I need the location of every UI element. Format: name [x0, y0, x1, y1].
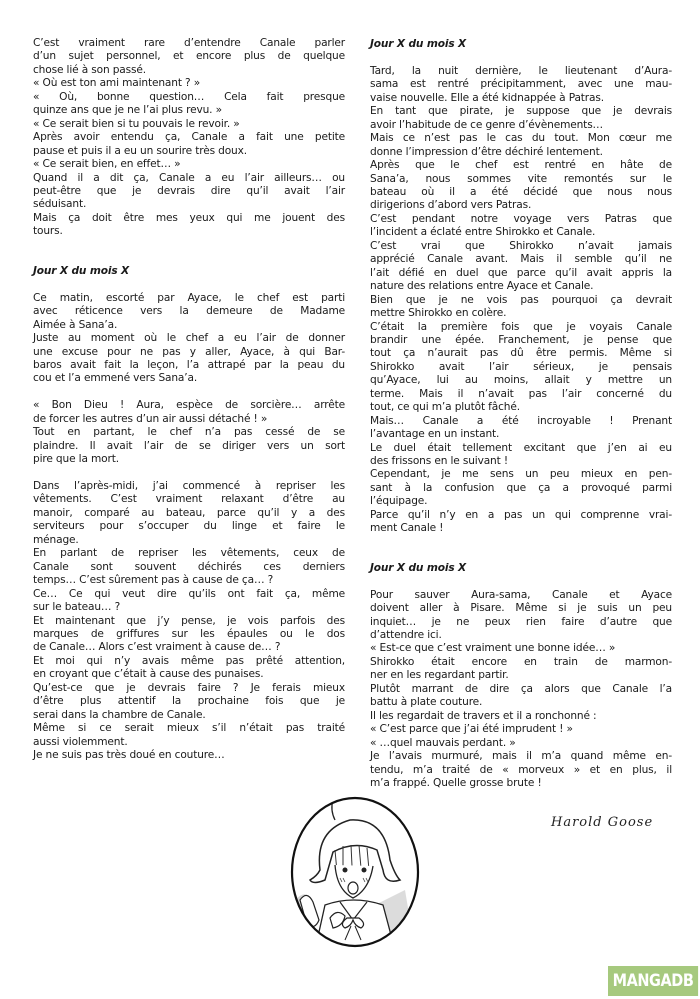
text-line: « …quel mauvais perdant. »: [370, 737, 672, 750]
text-line: terme. Mais il n’avait pas l’air concern…: [370, 388, 672, 401]
text-line: Je l’avais murmuré, mais il m’a quand mê…: [370, 750, 672, 763]
text-line: tout ça n’aurait pas dû être permis. Mêm…: [370, 347, 672, 360]
text-line: avoir l’habitude de ce genre d’évènement…: [370, 119, 672, 132]
entry-heading: Jour X du mois X: [33, 265, 345, 278]
text-line: battu à plate couture.: [370, 696, 672, 709]
text-line: Je ne suis pas très doué en couture…: [33, 749, 345, 762]
text-line: Après avoir entendu ça, Canale a fait un…: [33, 131, 345, 144]
text-line: C’est vraiment rare d’entendre Canale pa…: [33, 37, 345, 50]
text-line: Mais ce n’est pas le cas du tout. Mon cœ…: [370, 132, 672, 145]
text-line: pause et puis il a eu un sourire très do…: [33, 145, 345, 158]
text-line: tendu, m’a traité de « morveux » et en p…: [370, 764, 672, 777]
text-line: tours.: [33, 225, 345, 238]
text-line: dirigerions d’abord vers Patras.: [370, 199, 672, 212]
text-line: apprécié Canale avant. Mais il semble qu…: [370, 253, 672, 266]
text-line: « Où, bonne question… Cela fait presque: [33, 91, 345, 104]
text-line: manoir, comparé au bateau, parce qu’il y…: [33, 507, 345, 520]
text-line: mettre Shirokko en colère.: [370, 307, 672, 320]
text-line: nature des relations entre Ayace et Cana…: [370, 280, 672, 293]
text-line: bateau où il a été décidé que nous nous: [370, 186, 672, 199]
text-line: vaise nouvelle. Elle a été kidnappée à P…: [370, 92, 672, 105]
entry-2-paragraph: Pour sauver Aura-sama, Canale et Ayacedo…: [370, 589, 672, 791]
text-line: Qu’est-ce que je devrais faire ? Je fera…: [33, 682, 345, 695]
watermark-logo: MANGADB: [608, 966, 698, 996]
text-line: Shirokko avait l’air sérieux, je pensais: [370, 361, 672, 374]
text-line: donne l’impression d’être déchiré lentem…: [370, 146, 672, 159]
text-line: ménage.: [33, 534, 345, 547]
text-line: marques de griffures sur les épaules ou …: [33, 628, 345, 641]
text-line: Le duel était tellement excitant que j’e…: [370, 442, 672, 455]
text-line: Dans l’après-midi, j’ai commencé à repri…: [33, 480, 345, 493]
text-line: avec réticence vers la demeure de Madame: [33, 305, 345, 318]
text-line: baros avait fait la leçon, l’a attrapé p…: [33, 359, 345, 372]
text-line: l’incident a éclaté entre Shirokko et Ca…: [370, 226, 672, 239]
text-line: Plutôt marrant de dire ça alors que Cana…: [370, 683, 672, 696]
text-line: d’être plus attentif la prochaine fois q…: [33, 695, 345, 708]
text-line: Bien que je ne vois pas pourquoi ça devr…: [370, 294, 672, 307]
text-line: sur le bateau… ?: [33, 601, 345, 614]
text-line: pire que la mort.: [33, 453, 345, 466]
text-line: qu’Ayace, lui au moins, allait y mettre …: [370, 374, 672, 387]
text-line: « Ce serait bien si tu pouvais le revoir…: [33, 118, 345, 131]
text-line: Shirokko était encore en train de marmon…: [370, 656, 672, 669]
text-line: doivent aller à Pisare. Même si je suis …: [370, 602, 672, 615]
text-line: Parce qu’il n’y en a pas un qui comprenn…: [370, 509, 672, 522]
intro-paragraph: C’est vraiment rare d’entendre Canale pa…: [33, 37, 345, 239]
text-line: « Bon Dieu ! Aura, espèce de sorcière… a…: [33, 399, 345, 412]
text-line: Cependant, je me sens un peu mieux en pe…: [370, 468, 672, 481]
text-line: en croyant que c’était à cause des punai…: [33, 668, 345, 681]
entry-paragraph-1: Ce matin, escorté par Ayace, le chef est…: [33, 292, 345, 386]
right-column: Jour X du mois X Tard, la nuit dernière,…: [370, 38, 672, 790]
text-line: de forcer les autres d’un air aussi déta…: [33, 413, 345, 426]
text-line: Et maintenant que j’y pense, je vois par…: [33, 615, 345, 628]
text-line: Tard, la nuit dernière, le lieutenant d’…: [370, 65, 672, 78]
text-line: C’était la première fois que je voyais C…: [370, 321, 672, 334]
text-line: Canale sont souvent déchirés ces dernier…: [33, 561, 345, 574]
text-line: aussi violemment.: [33, 736, 345, 749]
text-line: d’un sujet personnel, et encore plus de …: [33, 50, 345, 63]
portrait-girl-icon: [285, 790, 425, 950]
text-line: des frissons en le suivant !: [370, 455, 672, 468]
entry-paragraph-2: « Bon Dieu ! Aura, espèce de sorcière… a…: [33, 399, 345, 466]
text-line: Et moi qui n’y avais même pas prêté atte…: [33, 655, 345, 668]
entry-paragraph-3: Dans l’après-midi, j’ai commencé à repri…: [33, 480, 345, 763]
text-line: plaindre. Il avait l’air de se diriger v…: [33, 440, 345, 453]
text-line: « C’est parce que j’ai été imprudent ! »: [370, 723, 672, 736]
text-line: Juste au moment où le chef a eu l’air de…: [33, 332, 345, 345]
text-line: d’attendre ici.: [370, 629, 672, 642]
text-line: ner en les regardant partir.: [370, 669, 672, 682]
text-line: C’est vrai que Shirokko n’avait jamais: [370, 240, 672, 253]
left-column: C’est vraiment rare d’entendre Canale pa…: [33, 37, 345, 763]
text-line: l’avantage en un instant.: [370, 428, 672, 441]
text-line: Mais… Canale a été incroyable ! Prenant: [370, 415, 672, 428]
text-line: tout, ce qui m’a plutôt fâché.: [370, 401, 672, 414]
text-line: vêtements. C’est vraiment relaxant d’êtr…: [33, 493, 345, 506]
text-line: serai dans la chambre de Canale.: [33, 709, 345, 722]
text-line: Il les regardait de travers et il a ronc…: [370, 710, 672, 723]
text-line: quinze ans que je ne l’ai plus revu. »: [33, 104, 345, 117]
text-line: chose lié à son passé.: [33, 64, 345, 77]
text-line: de Canale… Alors c’est vraiment à cause …: [33, 641, 345, 654]
text-line: « Ce serait bien, en effet… »: [33, 158, 345, 171]
text-line: Aimée à Sana’a.: [33, 319, 345, 332]
text-line: ment Canale !: [370, 522, 672, 535]
text-line: Sana’a, nous sommes vite remontés sur le: [370, 173, 672, 186]
text-line: C’est pendant notre voyage vers Patras q…: [370, 213, 672, 226]
text-line: l’ait défié en duel que parce qu’il avai…: [370, 267, 672, 280]
text-line: Pour sauver Aura-sama, Canale et Ayace: [370, 589, 672, 602]
text-line: « Est-ce que c’est vraiment une bonne id…: [370, 642, 672, 655]
entry-heading-1: Jour X du mois X: [370, 38, 672, 51]
text-line: Ce… Ce qui veut dire qu’ils ont fait ça,…: [33, 588, 345, 601]
entry-1-paragraph: Tard, la nuit dernière, le lieutenant d’…: [370, 65, 672, 536]
text-line: brandir une épée. Franchement, je pense …: [370, 334, 672, 347]
text-line: Quand il a dit ça, Canale a eu l’air ail…: [33, 172, 345, 185]
text-line: m’a frappé. Quelle grosse brute !: [370, 777, 672, 790]
text-line: temps… C’est sûrement pas à cause de ça……: [33, 574, 345, 587]
text-line: une excuse pour ne pas y aller, Ayace, à…: [33, 346, 345, 359]
text-line: En tant que pirate, je suppose que je de…: [370, 105, 672, 118]
text-line: En parlant de repriser les vêtements, ce…: [33, 547, 345, 560]
text-line: séduisant.: [33, 198, 345, 211]
author-signature: Harold Goose: [551, 815, 653, 830]
text-line: Tout en partant, le chef n’a pas cessé d…: [33, 426, 345, 439]
text-line: serviteurs pour s’occuper du linge et fa…: [33, 520, 345, 533]
text-line: sant à la confusion que ça a provoqué pa…: [370, 482, 672, 495]
text-line: Mais ça doit être mes yeux qui me jouent…: [33, 212, 345, 225]
text-line: l’équipage.: [370, 495, 672, 508]
text-line: Après que le chef est rentré en hâte de: [370, 159, 672, 172]
text-line: peut-être que je devrais dire qu’il avai…: [33, 185, 345, 198]
entry-heading-2: Jour X du mois X: [370, 562, 672, 575]
portrait-illustration: [285, 790, 425, 950]
text-line: Même si ce serait mieux s’il n’était pas…: [33, 722, 345, 735]
text-line: inquiet… je ne peux rien faire d’autre q…: [370, 616, 672, 629]
text-line: cou et l’a emmené vers Sana’a.: [33, 372, 345, 385]
text-line: « Où est ton ami maintenant ? »: [33, 77, 345, 90]
text-line: sama est rentré précipitamment, avec une…: [370, 78, 672, 91]
text-line: Ce matin, escorté par Ayace, le chef est…: [33, 292, 345, 305]
